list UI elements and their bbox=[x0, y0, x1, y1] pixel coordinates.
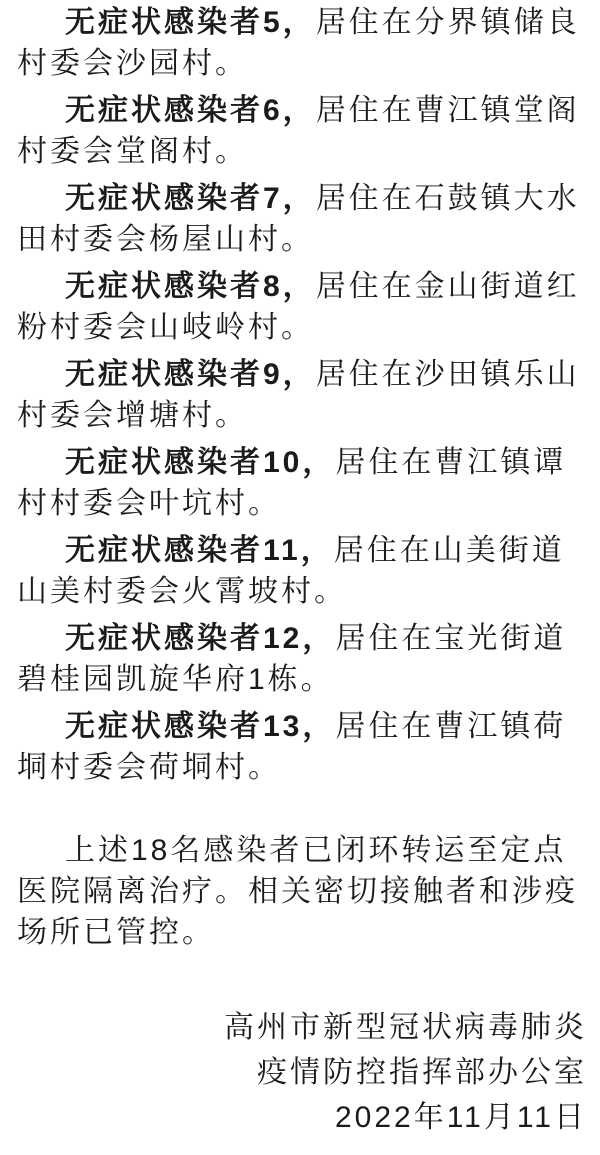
case-entry-10-label: 无症状感染者10， bbox=[65, 446, 335, 479]
case-entry-9-label: 无症状感染者9， bbox=[65, 358, 316, 391]
case-entry-6-label: 无症状感染者6， bbox=[65, 94, 316, 127]
case-entry-8-label: 无症状感染者8， bbox=[65, 270, 316, 303]
signature-block: 高州市新型冠状病毒肺炎 疫情防控指挥部办公室 2022年11月11日 bbox=[17, 1005, 587, 1140]
case-entry-11-label: 无症状感染者11， bbox=[65, 534, 334, 567]
case-entry-9: 无症状感染者9，居住在沙田镇乐山村委会增塘村。 bbox=[17, 354, 587, 436]
signature-org-line2: 疫情防控指挥部办公室 bbox=[17, 1050, 587, 1095]
case-entry-7: 无症状感染者7，居住在石鼓镇大水田村委会杨屋山村。 bbox=[17, 178, 587, 260]
signature-org-line1: 高州市新型冠状病毒肺炎 bbox=[17, 1005, 587, 1050]
case-entry-7-label: 无症状感染者7， bbox=[65, 182, 316, 215]
case-entry-5-label: 无症状感染者5， bbox=[65, 6, 316, 39]
case-entry-6: 无症状感染者6，居住在曹江镇堂阁村委会堂阁村。 bbox=[17, 90, 587, 172]
case-entry-12: 无症状感染者12，居住在宝光街道碧桂园凯旋华府1栋。 bbox=[17, 618, 587, 700]
signature-date: 2022年11月11日 bbox=[17, 1095, 587, 1140]
case-entry-12-label: 无症状感染者12， bbox=[65, 622, 335, 655]
notice-document: 无症状感染者5，居住在分界镇储良村委会沙园村。 无症状感染者6，居住在曹江镇堂阁… bbox=[0, 0, 600, 1155]
case-entry-5: 无症状感染者5，居住在分界镇储良村委会沙园村。 bbox=[17, 2, 587, 84]
case-entry-13: 无症状感染者13，居住在曹江镇荷垌村委会荷垌村。 bbox=[17, 706, 587, 788]
case-entry-13-label: 无症状感染者13， bbox=[65, 710, 335, 743]
closing-paragraph: 上述18名感染者已闭环转运至定点医院隔离治疗。相关密切接触者和涉疫场所已管控。 bbox=[17, 830, 587, 953]
case-entry-11: 无症状感染者11，居住在山美街道山美村委会火霄坡村。 bbox=[17, 530, 587, 612]
case-entry-8: 无症状感染者8，居住在金山街道红粉村委会山岐岭村。 bbox=[17, 266, 587, 348]
case-entry-10: 无症状感染者10，居住在曹江镇谭村村委会叶坑村。 bbox=[17, 442, 587, 524]
